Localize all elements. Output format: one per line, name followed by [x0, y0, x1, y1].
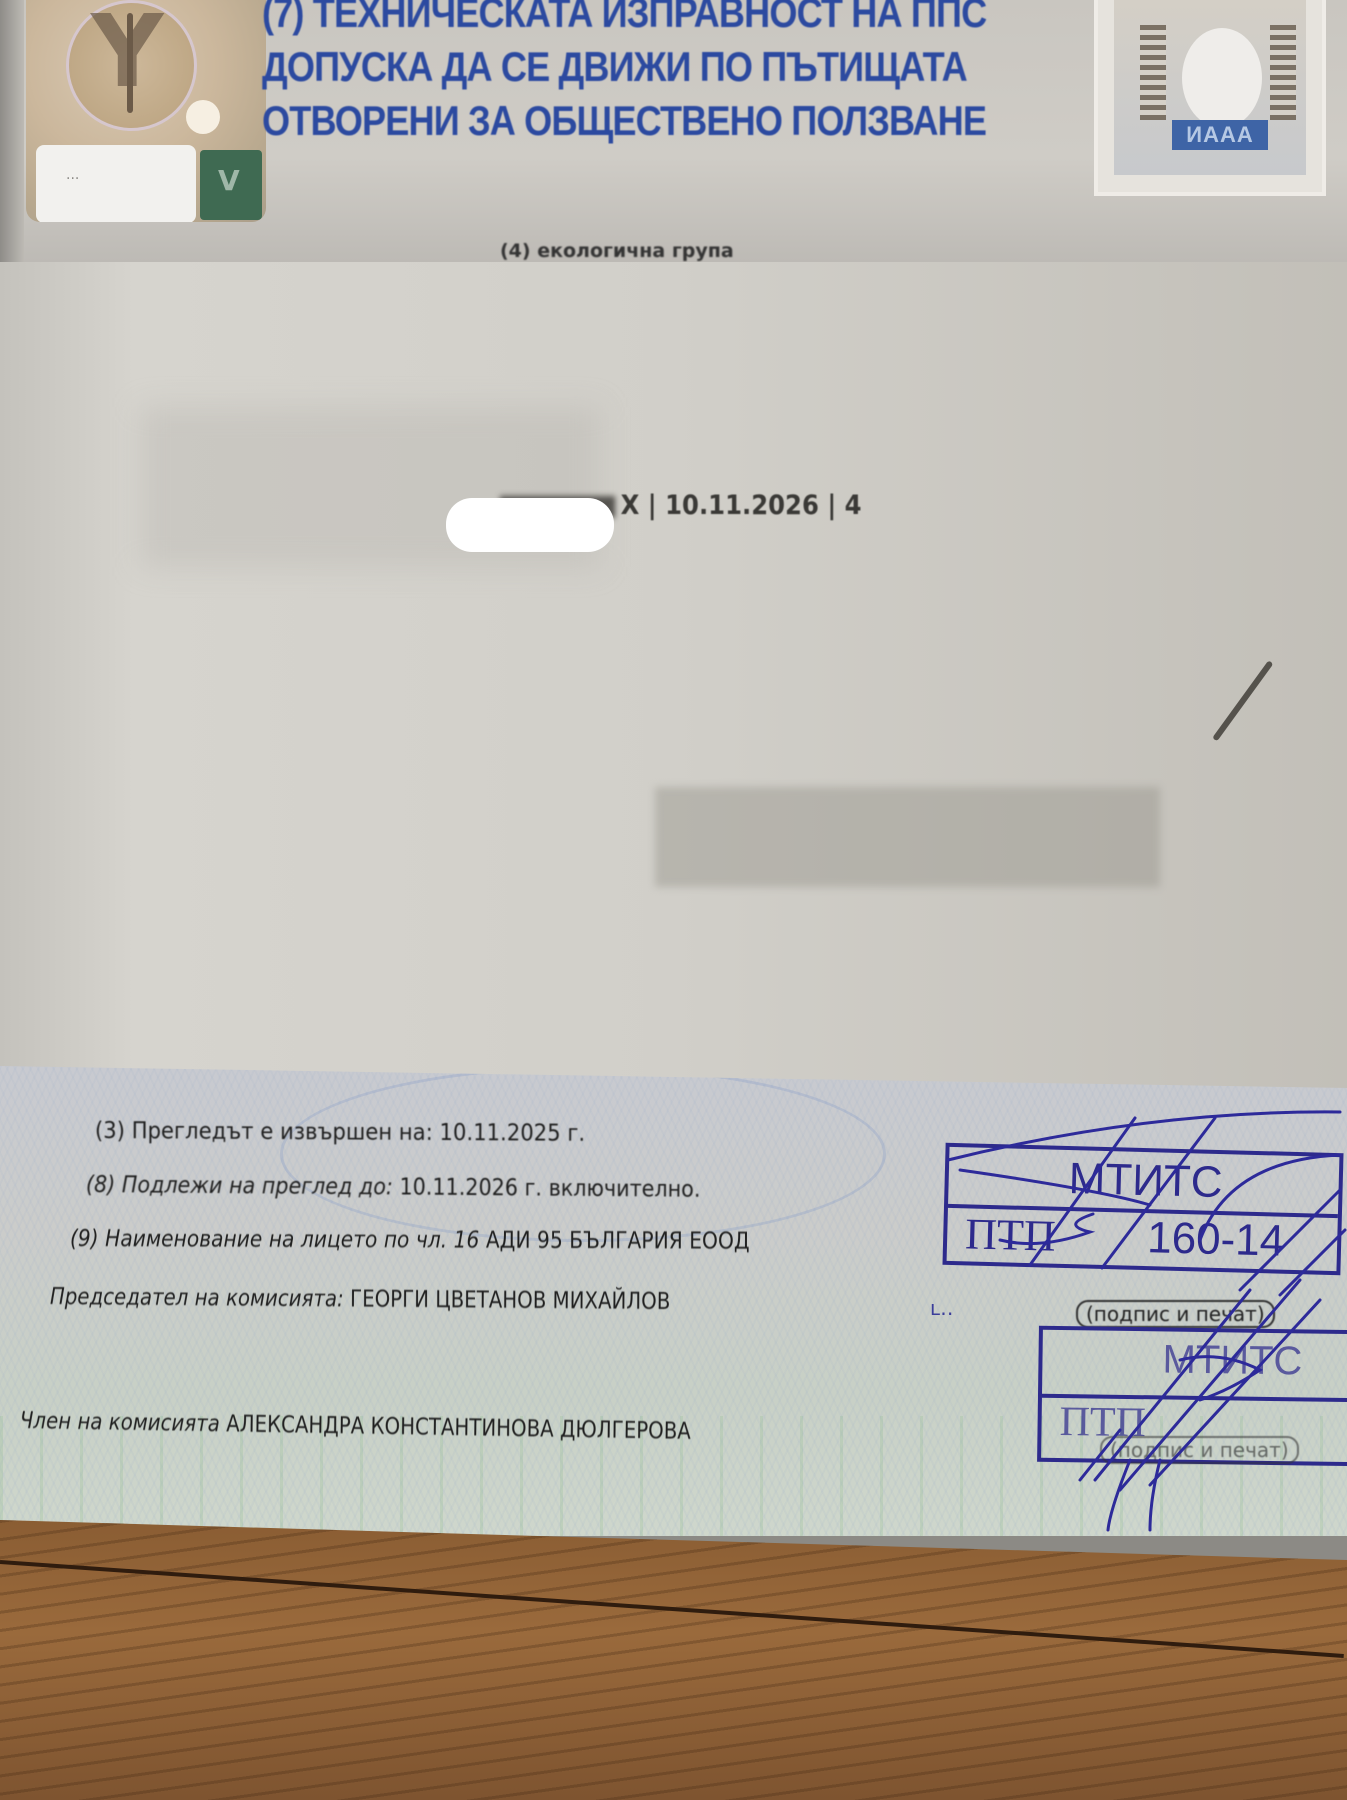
- reference-suffix: X | 10.11.2026 | 4: [621, 490, 862, 521]
- hologram-label: ...: [36, 145, 196, 222]
- chairman-name: ГЕОРГИ ЦВЕТАНОВ МИХАЙЛОВ: [350, 1286, 670, 1315]
- iaaa-badge: ИААА: [1172, 120, 1268, 150]
- logo-stripes: [1270, 25, 1296, 120]
- page-edge-shadow: [0, 0, 24, 262]
- redaction-mark: [446, 498, 614, 552]
- inspection-date: 10.11.2025 г.: [439, 1120, 585, 1147]
- printed-sheet: X | 10.11.2026 | 4: [0, 262, 1347, 1092]
- emblem-icon: [66, 0, 197, 131]
- stamp-prefix: ПТП: [965, 1208, 1057, 1261]
- signature-caption: (подпис и печат): [1100, 1436, 1299, 1464]
- green-tab-icon: [200, 150, 262, 220]
- next-inspection-line: (8) Подлежи на преглед до: 10.11.2026 г.…: [86, 1172, 701, 1203]
- inspection-date-line: (3) Прегледът е извършен на: 10.11.2025 …: [95, 1118, 585, 1147]
- top-certificate: ... (7) ТЕХНИЧЕСКАТА ИЗПРАВНОСТ НА ППС Д…: [0, 0, 1347, 262]
- certificate-heading: (7) ТЕХНИЧЕСКАТА ИЗПРАВНОСТ НА ППС ДОПУС…: [262, 0, 967, 148]
- logo-stripes: [1140, 25, 1166, 120]
- entity-name: АДИ 95 БЪЛГАРИЯ ЕООД: [486, 1228, 750, 1255]
- hologram-emblem: ...: [26, 0, 266, 222]
- stamp-authority: МТИТС: [1162, 1337, 1302, 1384]
- iaaa-logo: ИААА: [1094, 0, 1326, 196]
- glare: [186, 100, 220, 134]
- logo-oval-icon: [1182, 28, 1262, 128]
- wood-crack: [0, 1560, 1344, 1658]
- blurred-area: [655, 787, 1160, 887]
- stamp-authority: МТИТС: [1068, 1154, 1223, 1208]
- signature-mark: ʟ‥: [930, 1296, 954, 1320]
- signature-caption: (подпис и печат): [1076, 1300, 1275, 1328]
- next-inspection-date: 10.11.2026 г. включително.: [399, 1174, 700, 1202]
- heading-line: (7) ТЕХНИЧЕСКАТА ИЗПРАВНОСТ НА ППС: [262, 0, 967, 40]
- eco-group-field: (4) екологична група: [500, 240, 734, 262]
- guilloche-pattern: [280, 1066, 886, 1242]
- wooden-table: [0, 1520, 1347, 1800]
- entity-name-line: (9) Наименование на лицето по чл. 16 АДИ…: [70, 1226, 750, 1255]
- stamp-number: 160-14: [1147, 1213, 1285, 1267]
- official-stamp: МТИТС ПТП 160-14: [942, 1143, 1343, 1275]
- heading-line: ОТВОРЕНИ ЗА ОБЩЕСТВЕНО ПОЛЗВАНЕ: [262, 94, 967, 148]
- chairman-line: Председател на комисията: ГЕОРГИ ЦВЕТАНО…: [50, 1284, 671, 1315]
- heading-line: ДОПУСКА ДА СЕ ДВИЖИ ПО ПЪТИЩАТА: [262, 40, 967, 94]
